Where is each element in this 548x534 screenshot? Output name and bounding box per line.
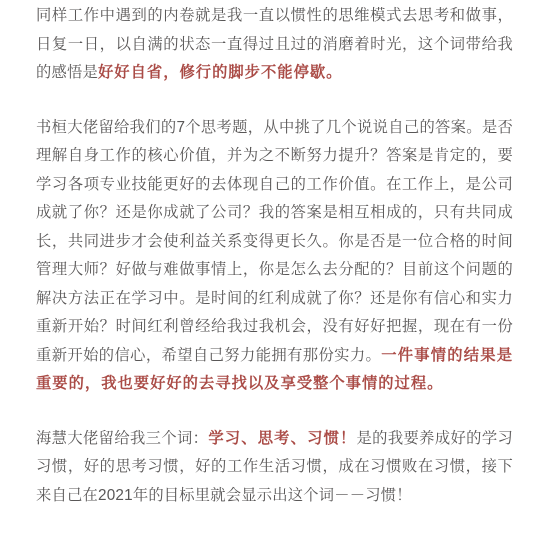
paragraph-3: 海慧大佬留给我三个词：学习、思考、习惯！是的我要养成好的学习习惯，好的思考习惯，… — [36, 425, 513, 511]
paragraph-3-text-lead: 海慧大佬留给我三个词： — [36, 430, 208, 447]
paragraph-1-emphasis: 好好自省，修行的脚步不能停歇。 — [98, 64, 342, 81]
paragraph-3-emphasis: 学习、思考、习惯！ — [208, 430, 356, 447]
article-body: 同样工作中遇到的内卷就是我一直以惯性的思维模式去思考和做事，日复一日，以自满的状… — [0, 0, 548, 510]
paragraph-2: 书桓大佬留给我们的7个思考题，从中挑了几个说说自己的答案。是否理解自身工作的核心… — [36, 114, 513, 399]
paragraph-1: 同样工作中遇到的内卷就是我一直以惯性的思维模式去思考和做事，日复一日，以自满的状… — [36, 2, 513, 88]
paragraph-2-text: 书桓大佬留给我们的7个思考题，从中挑了几个说说自己的答案。是否理解自身工作的核心… — [36, 119, 513, 364]
